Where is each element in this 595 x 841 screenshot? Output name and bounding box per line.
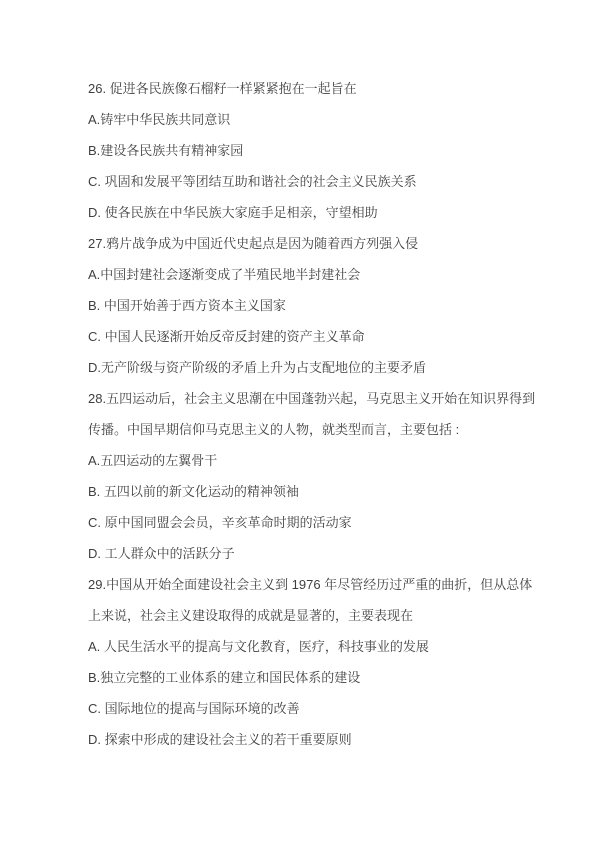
question-28: 28.五四运动后，社会主义思潮在中国蓬勃兴起，马克思主义开始在知识界得到 传播。… xyxy=(88,383,548,569)
option-line-a: A.中国封建社会逐渐变成了半殖民地半封建社会 xyxy=(88,259,548,290)
option-line-c: C. 国际地位的提高与国际环境的改善 xyxy=(88,693,548,724)
document-page: 26. 促进各民族像石榴籽一样紧紧抱在一起旨在 A.铸牢中华民族共同意识 B.建… xyxy=(0,0,595,841)
question-list: 26. 促进各民族像石榴籽一样紧紧抱在一起旨在 A.铸牢中华民族共同意识 B.建… xyxy=(88,73,548,755)
question-26: 26. 促进各民族像石榴籽一样紧紧抱在一起旨在 A.铸牢中华民族共同意识 B.建… xyxy=(88,73,548,228)
option-line-a: A. 人民生活水平的提高与文化教育，医疗，科技事业的发展 xyxy=(88,631,548,662)
question-stem-line: 上来说，社会主义建设取得的成就是显著的，主要表现在 xyxy=(88,600,548,631)
option-line-c: C. 巩固和发展平等团结互助和谐社会的社会主义民族关系 xyxy=(88,166,548,197)
question-29: 29.中国从开始全面建设社会主义到 1976 年尽管经历过严重的曲折，但从总体 … xyxy=(88,569,548,755)
question-stem-line: 28.五四运动后，社会主义思潮在中国蓬勃兴起，马克思主义开始在知识界得到 xyxy=(88,383,548,414)
option-line-b: B.建设各民族共有精神家园 xyxy=(88,135,548,166)
option-line-a: A.铸牢中华民族共同意识 xyxy=(88,104,548,135)
option-line-b: B. 中国开始善于西方资本主义国家 xyxy=(88,290,548,321)
option-line-d: D.无产阶级与资产阶级的矛盾上升为占支配地位的主要矛盾 xyxy=(88,352,548,383)
question-stem-line: 26. 促进各民族像石榴籽一样紧紧抱在一起旨在 xyxy=(88,73,548,104)
option-line-b: B. 五四以前的新文化运动的精神领袖 xyxy=(88,476,548,507)
option-line-d: D. 使各民族在中华民族大家庭手足相亲，守望相助 xyxy=(88,197,548,228)
question-stem-line: 27.鸦片战争成为中国近代史起点是因为随着西方列强入侵 xyxy=(88,228,548,259)
question-27: 27.鸦片战争成为中国近代史起点是因为随着西方列强入侵 A.中国封建社会逐渐变成… xyxy=(88,228,548,383)
option-line-b: B.独立完整的工业体系的建立和国民体系的建设 xyxy=(88,662,548,693)
option-line-a: A.五四运动的左翼骨干 xyxy=(88,445,548,476)
option-line-c: C. 中国人民逐渐开始反帝反封建的资产主义革命 xyxy=(88,321,548,352)
option-line-c: C. 原中国同盟会会员，辛亥革命时期的活动家 xyxy=(88,507,548,538)
option-line-d: D. 探索中形成的建设社会主义的若干重要原则 xyxy=(88,724,548,755)
option-line-d: D. 工人群众中的活跃分子 xyxy=(88,538,548,569)
question-stem-line: 传播。中国早期信仰马克思主义的人物，就类型而言，主要包括 : xyxy=(88,414,548,445)
question-stem-line: 29.中国从开始全面建设社会主义到 1976 年尽管经历过严重的曲折，但从总体 xyxy=(88,569,548,600)
